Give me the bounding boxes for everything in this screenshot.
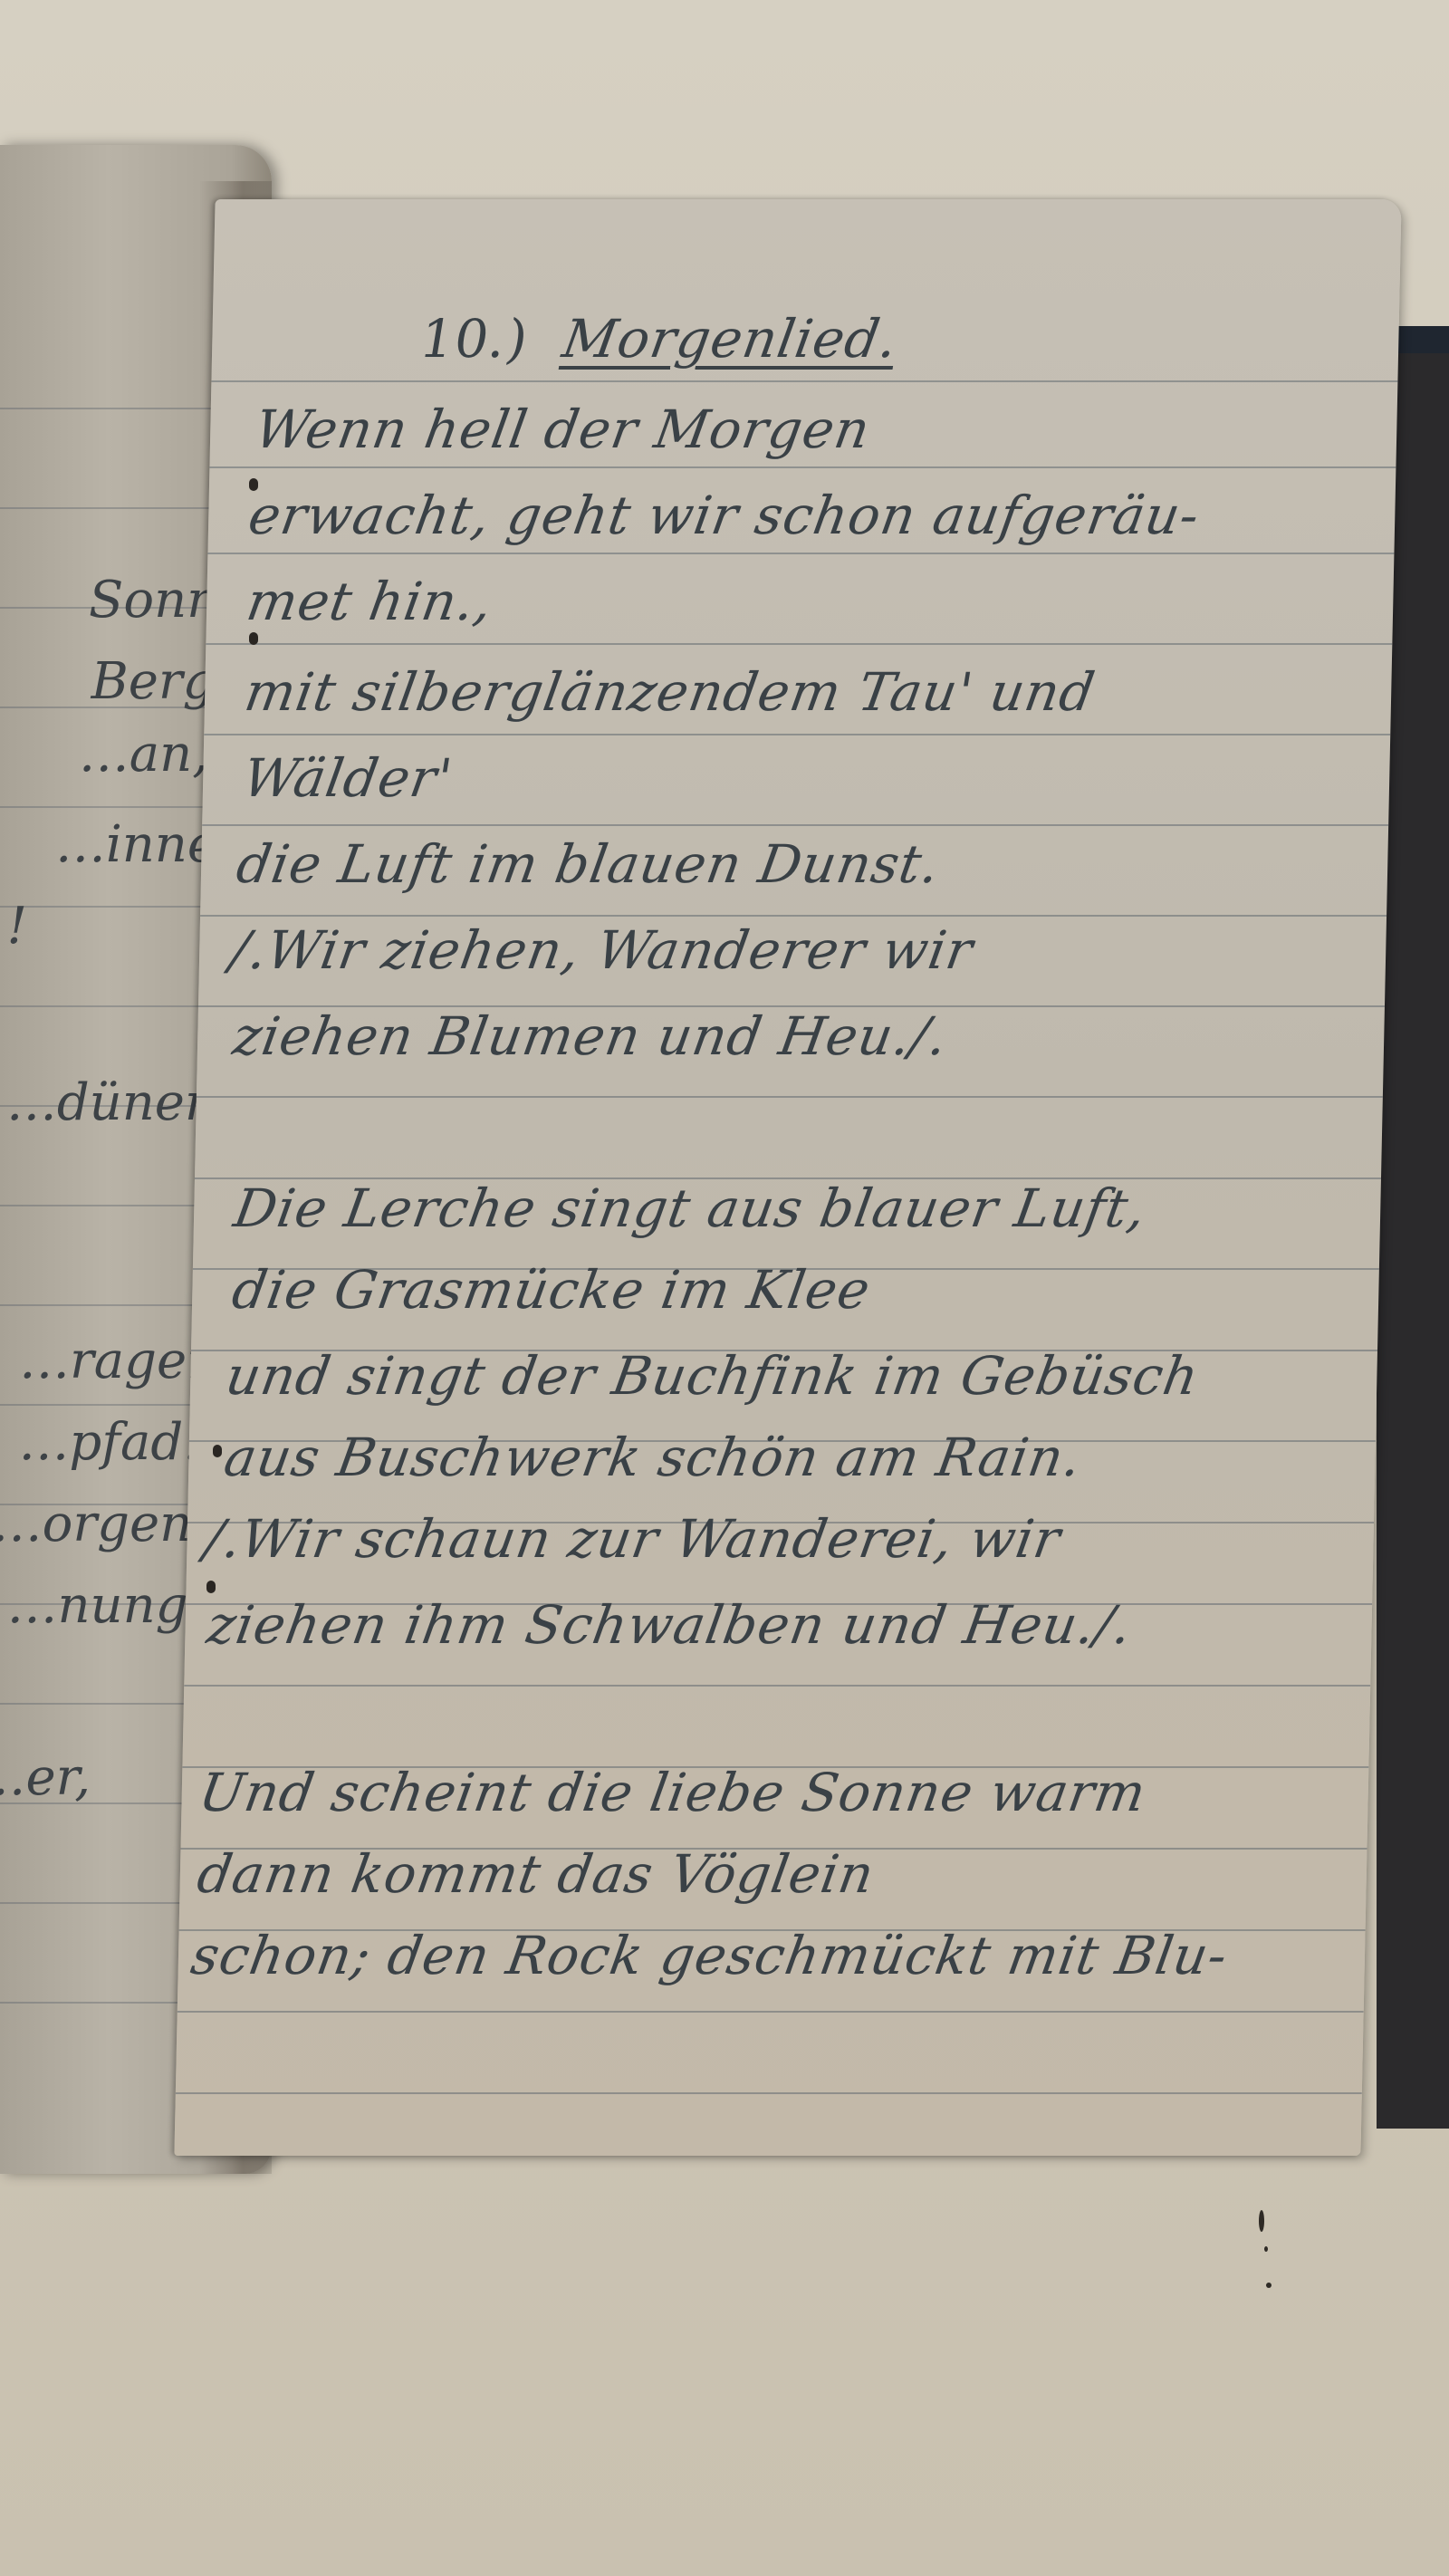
left-fragment: …dünen (6, 1073, 217, 1132)
lyric-line: Und scheint die liebe Sonne warm (195, 1762, 1150, 1823)
left-fragment: …inne (55, 815, 217, 874)
binding-staple (206, 1581, 216, 1593)
lyric-line: Die Lerche singt aus blauer Luft, (230, 1177, 1151, 1239)
left-fragment: …pfad. (18, 1413, 199, 1472)
binding-staple (213, 1445, 222, 1457)
song-title-text: Morgenlied. (559, 308, 903, 370)
lyric-line: die Luft im blauen Dunst. (233, 833, 945, 895)
lyric-line: die Grasmücke im Klee (228, 1259, 875, 1321)
lyric-line: Wenn hell der Morgen (251, 399, 875, 460)
lyric-line: dann kommt das Vöglein (193, 1843, 878, 1905)
binding-staple (249, 632, 258, 645)
lyric-line: met hin., (243, 571, 497, 632)
paper-speck (1259, 2210, 1264, 2232)
lyric-line: schon; den Rock geschmückt mit Blu- (187, 1925, 1233, 1986)
binding-staple (249, 478, 258, 491)
song-title: 10.) Morgenlied. (416, 308, 903, 370)
lyric-line: ziehen ihm Schwalben und Heu./. (203, 1594, 1137, 1656)
lyric-line: /.Wir ziehen, Wanderer wir (226, 919, 978, 981)
lyric-line: ziehen Blumen und Heu./. (229, 1005, 952, 1067)
lyric-line: und singt der Buchfink im Gebüsch (222, 1345, 1204, 1407)
lyric-line: Wälder' (239, 747, 457, 809)
song-number: 10.) (416, 308, 533, 370)
left-fragment: …er, (0, 1748, 91, 1807)
lyric-line: erwacht, geht wir schon aufgeräu- (245, 485, 1204, 546)
lyric-line: /.Wir schaun zur Wanderei, wir (200, 1508, 1065, 1570)
right-page: 10.) Morgenlied. Wenn hell der Morgen er… (174, 199, 1401, 2156)
lyric-line: mit silberglänzendem Tau' und (241, 661, 1099, 723)
lyric-line: aus Buschwerk schön am Rain. (220, 1427, 1086, 1488)
left-fragment: …an, (79, 725, 208, 783)
paper-speck (1266, 2283, 1271, 2288)
left-fragment: …orgen, (0, 1495, 208, 1553)
paper-speck (1264, 2246, 1268, 2252)
left-fragment: …nung! (6, 1576, 208, 1635)
left-fragment: ! (6, 897, 27, 956)
